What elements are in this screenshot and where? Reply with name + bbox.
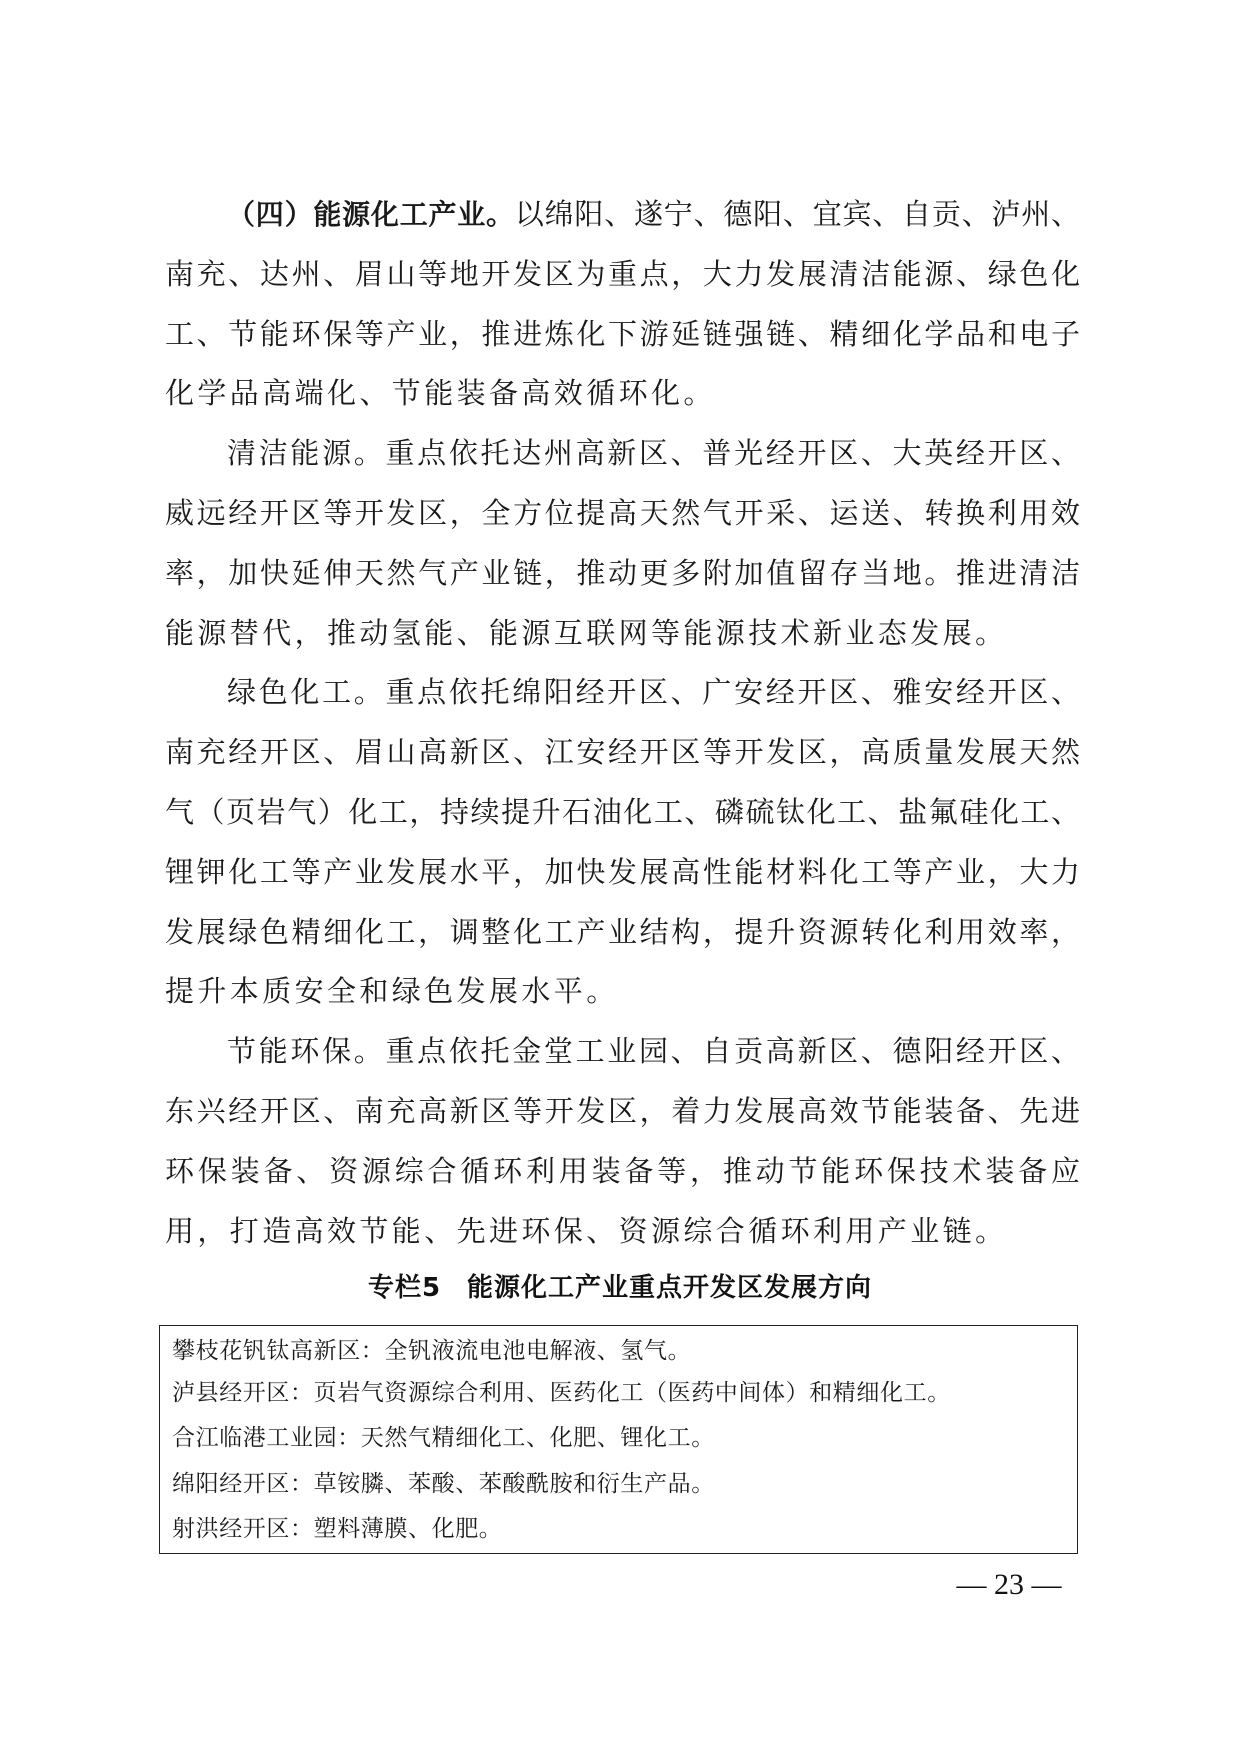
- paragraph-line: 绿色化工。重点依托绵阳经开区、广安经开区、雅安经开区、: [165, 663, 1080, 723]
- paragraph-line: 能源替代，推动氢能、能源互联网等能源技术新业态发展。: [165, 604, 1080, 664]
- page-number: — 23 —: [944, 1568, 1074, 1602]
- paragraph-line: 环保装备、资源综合循环利用装备等，推动节能环保技术装备应: [165, 1142, 1080, 1202]
- paragraph-line: 气（页岩气）化工，持续提升石油化工、磷硫钛化工、盐氟硅化工、: [165, 783, 1080, 843]
- box-item: 合江临港工业园：天然气精细化工、化肥、锂化工。: [172, 1423, 715, 1453]
- paragraph-line: 锂钾化工等产业发展水平，加快发展高性能材料化工等产业，大力: [165, 843, 1080, 903]
- box-title: 专栏5能源化工产业重点开发区发展方向: [0, 1268, 1240, 1308]
- section-heading: （四）能源化工产业。: [227, 198, 515, 231]
- paragraph-line: （四）能源化工产业。以绵阳、遂宁、德阳、宜宾、自贡、泸州、: [165, 185, 1080, 245]
- paragraph-line: 节能环保。重点依托金堂工业园、自贡高新区、德阳经开区、: [165, 1022, 1080, 1082]
- paragraph-line: 率，加快延伸天然气产业链，推动更多附加值留存当地。推进清洁: [165, 544, 1080, 604]
- paragraph-line: 南充经开区、眉山高新区、江安经开区等开发区，高质量发展天然: [165, 723, 1080, 783]
- paragraph-line: 清洁能源。重点依托达州高新区、普光经开区、大英经开区、: [165, 424, 1080, 484]
- paragraph-line: 南充、达州、眉山等地开发区为重点，大力发展清洁能源、绿色化: [165, 245, 1080, 305]
- box-title-text: 能源化工产业重点开发区发展方向: [467, 1273, 872, 1303]
- paragraph-line: 威远经开区等开发区，全方位提高天然气开采、运送、转换利用效: [165, 484, 1080, 544]
- box-item: 泸县经开区：页岩气资源综合利用、医药化工（医药中间体）和精细化工。: [172, 1378, 951, 1408]
- box-item: 攀枝花钒钛高新区：全钒液流电池电解液、氢气。: [172, 1336, 691, 1366]
- box-item: 射洪经开区：塑料薄膜、化肥。: [172, 1514, 502, 1544]
- feature-box: 攀枝花钒钛高新区：全钒液流电池电解液、氢气。 泸县经开区：页岩气资源综合利用、医…: [159, 1325, 1078, 1554]
- paragraph-text: 以绵阳、遂宁、德阳、宜宾、自贡、泸州、: [515, 197, 1080, 231]
- paragraph-line: 东兴经开区、南充高新区等开发区，着力发展高效节能装备、先进: [165, 1082, 1080, 1142]
- box-title-prefix: 专栏5: [368, 1273, 441, 1303]
- body-text: （四）能源化工产业。以绵阳、遂宁、德阳、宜宾、自贡、泸州、 南充、达州、眉山等地…: [165, 185, 1080, 1261]
- paragraph-line: 发展绿色精细化工，调整化工产业结构，提升资源转化利用效率，: [165, 903, 1080, 963]
- paragraph-line: 化学品高端化、节能装备高效循环化。: [165, 364, 1080, 424]
- paragraph-line: 工、节能环保等产业，推进炼化下游延链强链、精细化学品和电子: [165, 305, 1080, 365]
- box-item: 绵阳经开区：草铵膦、苯酸、苯酸酰胺和衍生产品。: [172, 1469, 715, 1499]
- paragraph-line: 用，打造高效节能、先进环保、资源综合循环利用产业链。: [165, 1202, 1080, 1262]
- document-page: （四）能源化工产业。以绵阳、遂宁、德阳、宜宾、自贡、泸州、 南充、达州、眉山等地…: [0, 0, 1240, 1754]
- paragraph-line: 提升本质安全和绿色发展水平。: [165, 962, 1080, 1022]
